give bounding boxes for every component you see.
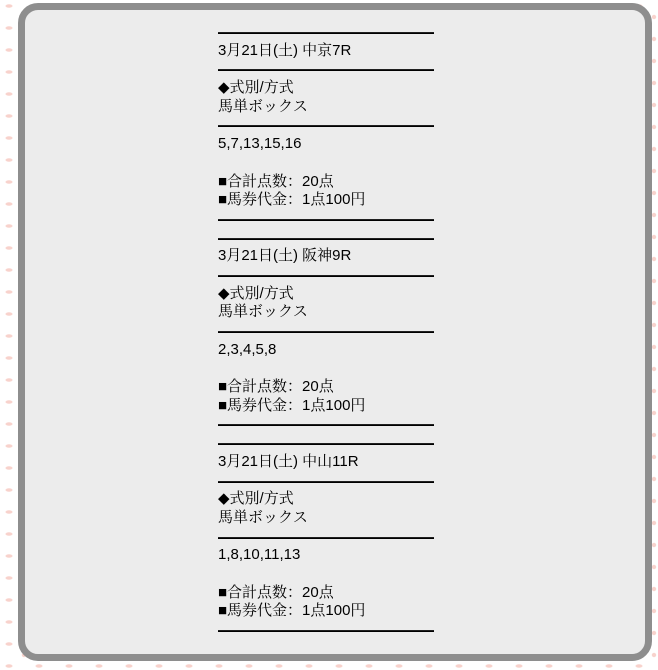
divider-line: ――――――――――――	[218, 116, 645, 135]
divider-line: ――――――――――――	[218, 23, 645, 42]
blank-line	[218, 359, 645, 378]
race-date: 3月21日(土) 中京7R	[218, 42, 645, 61]
page-background: { "page_background": { "base_color": "#f…	[0, 0, 658, 670]
divider-line: ――――――――――――	[218, 229, 645, 248]
ticket-price: ■馬券代金：1点100円	[218, 602, 645, 621]
bet-category-label: ◆式別/方式	[218, 285, 645, 304]
bet-method: 馬単ボックス	[218, 509, 645, 528]
race-date: 3月21日(土) 中山11R	[218, 453, 645, 472]
race-block-3: ―――――――――――― 3月21日(土) 中山11R ――――――――――――…	[218, 434, 645, 640]
content-panel: ―――――――――――― 3月21日(土) 中京7R ―――――――――――― …	[18, 3, 652, 661]
bet-category-label: ◆式別/方式	[218, 490, 645, 509]
total-points: ■合計点数：20点	[218, 173, 645, 192]
divider-line: ――――――――――――	[218, 210, 645, 229]
blank-line	[218, 565, 645, 584]
divider-line: ――――――――――――	[218, 415, 645, 434]
bet-method: 馬単ボックス	[218, 98, 645, 117]
total-points: ■合計点数：20点	[218, 378, 645, 397]
bet-category-label: ◆式別/方式	[218, 79, 645, 98]
race-block-1: ―――――――――――― 3月21日(土) 中京7R ―――――――――――― …	[218, 23, 645, 229]
divider-line: ――――――――――――	[218, 621, 645, 640]
horse-numbers: 5,7,13,15,16	[218, 135, 645, 154]
blank-line	[218, 154, 645, 173]
divider-line: ――――――――――――	[218, 528, 645, 547]
horse-numbers: 1,8,10,11,13	[218, 546, 645, 565]
divider-line: ――――――――――――	[218, 266, 645, 285]
ticket-price: ■馬券代金：1点100円	[218, 397, 645, 416]
total-points: ■合計点数：20点	[218, 584, 645, 603]
horse-numbers: 2,3,4,5,8	[218, 341, 645, 360]
race-tips-content: ―――――――――――― 3月21日(土) 中京7R ―――――――――――― …	[25, 10, 645, 640]
divider-line: ――――――――――――	[218, 322, 645, 341]
bet-method: 馬単ボックス	[218, 303, 645, 322]
divider-line: ――――――――――――	[218, 472, 645, 491]
race-date: 3月21日(土) 阪神9R	[218, 247, 645, 266]
divider-line: ――――――――――――	[218, 60, 645, 79]
divider-line: ――――――――――――	[218, 434, 645, 453]
race-block-2: ―――――――――――― 3月21日(土) 阪神9R ―――――――――――― …	[218, 229, 645, 435]
ticket-price: ■馬券代金：1点100円	[218, 191, 645, 210]
